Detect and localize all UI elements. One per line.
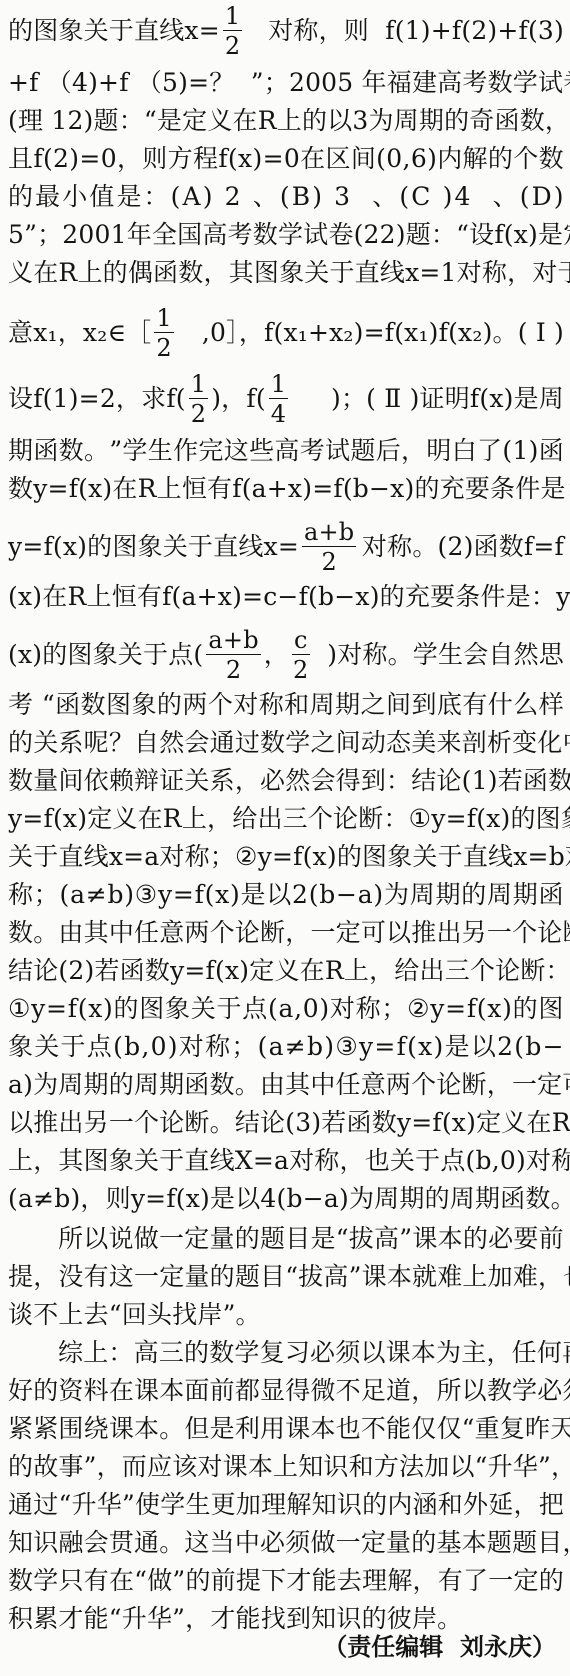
text-line: 关于直线x=a对称；②y=f(x)的图象关于直线x=b对 xyxy=(8,840,564,874)
glyph: ) xyxy=(103,992,113,1026)
glyph: 关 xyxy=(390,1144,415,1178)
glyph: 能 xyxy=(312,1564,337,1598)
glyph: a xyxy=(70,878,85,912)
glyph: 象 xyxy=(165,992,190,1026)
glyph: 必 xyxy=(310,1336,335,1370)
glyph: 目 xyxy=(260,1260,285,1294)
glyph: 5 xyxy=(8,218,24,252)
glyph: 值 xyxy=(89,180,114,214)
glyph: 说 xyxy=(109,1222,134,1256)
glyph: ≠ xyxy=(33,1182,54,1216)
glyph: 数 xyxy=(539,142,564,176)
glyph: f xyxy=(68,992,77,1026)
glyph: 考 xyxy=(462,66,487,100)
glyph: 通 xyxy=(134,1526,159,1560)
glyph: f xyxy=(218,142,227,176)
glyph: 试 xyxy=(325,434,350,468)
glyph: 于 xyxy=(415,1144,440,1178)
text-segment: 对称。(2)函数f=f xyxy=(362,530,564,564)
glyph: 图 xyxy=(536,802,561,836)
glyph: 的 xyxy=(425,1182,450,1216)
glyph: 且 xyxy=(8,142,33,176)
glyph: ) xyxy=(84,954,94,988)
glyph: 辩 xyxy=(134,764,159,798)
glyph: 题 xyxy=(512,1526,537,1560)
glyph: 函 xyxy=(539,434,564,468)
glyph: ③ xyxy=(335,1030,358,1064)
glyph: “ xyxy=(336,1222,349,1256)
glyph: 应 xyxy=(147,1450,172,1484)
glyph: 以 xyxy=(462,1374,487,1408)
glyph: ( xyxy=(8,1182,18,1216)
glyph: 象 xyxy=(131,688,156,722)
text-line: 谈不上去“回头找岸”。 xyxy=(8,1298,564,1332)
glyph: ) xyxy=(23,1068,33,1102)
glyph: 外 xyxy=(463,1488,488,1522)
glyph: 有 xyxy=(84,1260,109,1294)
glyph: 于 xyxy=(33,840,58,874)
glyph: a xyxy=(18,1182,33,1216)
glyph: 上 xyxy=(86,580,111,614)
glyph: 上 xyxy=(77,256,102,290)
glyph: 义 xyxy=(274,954,299,988)
glyph: 周 xyxy=(487,878,512,912)
glyph: 期 xyxy=(419,104,444,138)
glyph: 。 xyxy=(84,434,109,468)
glyph: 年 xyxy=(127,218,152,252)
glyph: 称 xyxy=(482,256,507,290)
glyph: 5 xyxy=(162,66,178,100)
glyph: 上 xyxy=(344,954,369,988)
glyph: ( xyxy=(442,1106,452,1140)
glyph: 之 xyxy=(361,688,386,722)
glyph: 足 xyxy=(361,1374,386,1408)
glyph: 的 xyxy=(109,1068,134,1102)
glyph: 图 xyxy=(362,840,387,874)
glyph: 个 xyxy=(512,916,537,950)
glyph: x xyxy=(487,992,501,1026)
glyph: 过 xyxy=(33,1488,58,1522)
glyph: x xyxy=(215,878,229,912)
glyph: 学 xyxy=(512,1374,537,1408)
glyph: 更 xyxy=(211,1488,236,1522)
glyph: 再 xyxy=(562,1336,570,1370)
glyph xyxy=(352,180,360,214)
glyph: 定 xyxy=(249,954,274,988)
glyph: 论 xyxy=(537,916,562,950)
glyph: 前 xyxy=(539,1222,564,1256)
glyph: 图 xyxy=(139,992,164,1026)
text-line: 综上：高三的数学复习必须以课本为主，任何再 xyxy=(8,1336,564,1370)
fraction: c2 xyxy=(292,628,310,682)
glyph: 习 xyxy=(285,1336,310,1370)
glyph: ( xyxy=(8,104,18,138)
glyph: 考 xyxy=(300,434,325,468)
glyph: b xyxy=(353,472,369,506)
glyph: 一 xyxy=(134,1260,159,1294)
glyph: 点 xyxy=(440,1144,465,1178)
glyph: 线 xyxy=(84,840,109,874)
glyph xyxy=(33,688,41,722)
glyph: ， xyxy=(413,1564,438,1598)
glyph: 周 xyxy=(134,1068,159,1102)
glyph: 则 xyxy=(106,1182,131,1216)
glyph: 紧 xyxy=(8,1412,33,1446)
glyph: f xyxy=(299,580,308,614)
glyph: 在 xyxy=(109,1564,134,1598)
glyph: x xyxy=(63,802,77,836)
glyph: ： xyxy=(546,954,570,988)
glyph: 论 xyxy=(159,1106,184,1140)
text-line: 的最小值是：(A) 2 、(B) 3 、(C )4 、(D) xyxy=(8,180,564,214)
glyph: b xyxy=(287,1182,303,1216)
glyph: 论 xyxy=(333,802,358,836)
glyph: 两 xyxy=(184,916,209,950)
glyph: ( xyxy=(228,142,238,176)
glyph: 数 xyxy=(488,66,513,100)
glyph: 不 xyxy=(336,1374,361,1408)
glyph: 两 xyxy=(182,688,207,722)
glyph: 关 xyxy=(8,840,33,874)
glyph: 任 xyxy=(134,916,159,950)
glyph: ( xyxy=(285,1106,295,1140)
glyph: 就 xyxy=(412,1260,437,1294)
glyph: f xyxy=(119,66,128,100)
glyph: 2 xyxy=(225,180,241,214)
glyph: 也 xyxy=(563,1260,570,1294)
glyph: ( xyxy=(171,180,181,214)
glyph: ： xyxy=(108,1336,133,1370)
glyph: ： xyxy=(383,802,408,836)
glyph: 紧 xyxy=(33,1412,58,1446)
glyph: 函 xyxy=(500,1182,525,1216)
glyph: 目 xyxy=(537,1526,562,1560)
glyph xyxy=(353,66,361,100)
glyph: 复 xyxy=(260,1336,285,1370)
glyph: 完 xyxy=(198,434,223,468)
glyph: ( xyxy=(504,218,514,252)
glyph: , xyxy=(294,992,302,1026)
glyph: 课 xyxy=(223,1450,248,1484)
glyph: 本 xyxy=(438,1222,463,1256)
glyph: 论 xyxy=(235,916,260,950)
glyph: ) xyxy=(70,1182,80,1216)
glyph: 1 xyxy=(512,434,528,468)
glyph: ( xyxy=(466,1144,476,1178)
glyph: ， xyxy=(33,1144,58,1178)
fraction-denominator: 2 xyxy=(156,333,171,360)
glyph: 件 xyxy=(480,580,505,614)
glyph: 件 xyxy=(515,472,540,506)
glyph: = xyxy=(411,1106,432,1140)
glyph: ) xyxy=(32,580,42,614)
glyph: “ xyxy=(134,1564,147,1598)
glyph: 给 xyxy=(394,954,419,988)
text-line: 通过“升华”使学生更加理解知识的内涵和外延，把 xyxy=(8,1488,564,1522)
glyph: f xyxy=(494,218,503,252)
fraction: 12 xyxy=(154,306,173,360)
glyph: 内 xyxy=(387,1488,412,1522)
glyph: 要 xyxy=(513,1222,538,1256)
glyph: 题 xyxy=(487,1526,512,1560)
glyph: = xyxy=(374,1030,395,1064)
glyph: 全 xyxy=(152,218,177,252)
glyph: 所 xyxy=(58,1222,83,1256)
glyph: 数 xyxy=(260,726,285,760)
glyph: 2 xyxy=(53,142,69,176)
glyph: 使 xyxy=(135,1488,160,1522)
glyph xyxy=(234,66,242,100)
glyph: ： xyxy=(431,218,456,252)
glyph: 知 xyxy=(8,1526,33,1560)
glyph: 0 xyxy=(386,142,402,176)
glyph: y xyxy=(397,1106,411,1140)
glyph: x xyxy=(225,954,239,988)
glyph: 明 xyxy=(426,434,451,468)
glyph: ( xyxy=(502,434,512,468)
glyph: 定 xyxy=(537,1068,562,1102)
glyph: ” xyxy=(399,1222,412,1256)
glyph: ， xyxy=(117,142,142,176)
glyph: 是 xyxy=(311,1222,336,1256)
glyph: 美 xyxy=(411,726,436,760)
text-segment: 对称，则 f(1)+f(2)+f(3) xyxy=(268,14,564,48)
fraction-denominator: 2 xyxy=(225,31,240,58)
text-line: 以推出另一个论断。结论(3)若函数y=f(x)定义在R xyxy=(8,1106,564,1140)
glyph: 以 xyxy=(8,1106,33,1140)
glyph: 围 xyxy=(58,1412,83,1446)
glyph: 到 xyxy=(411,688,436,722)
glyph: 对 xyxy=(289,1144,314,1178)
glyph xyxy=(243,66,251,100)
glyph: 点 xyxy=(242,992,267,1026)
text-line: 好的资料在课本面前都显得微不足道，所以教学必须 xyxy=(8,1374,564,1408)
glyph: ， xyxy=(235,764,260,798)
glyph: ( xyxy=(58,954,68,988)
text-line: a)为周期的周期函数。由其中任意两个论断，一定可 xyxy=(8,1068,564,1102)
text-line: 5”；2001年全国高考数学试卷(22)题：“设f(x)是定 xyxy=(8,218,564,252)
text-line: y=f(x)定义在R上，给出三个论断：①y=f(x)的图象 xyxy=(8,802,564,836)
fraction-numerator: 1 xyxy=(154,306,173,333)
glyph: − xyxy=(336,878,357,912)
glyph: ) xyxy=(443,180,453,214)
glyph: ) xyxy=(529,434,539,468)
glyph: 可 xyxy=(562,1068,570,1102)
glyph: 课 xyxy=(134,1374,159,1408)
glyph: 这 xyxy=(224,434,249,468)
glyph xyxy=(324,180,332,214)
glyph: x xyxy=(355,580,369,614)
glyph: 在 xyxy=(138,802,163,836)
glyph: 于 xyxy=(159,1144,184,1178)
glyph: ” xyxy=(24,218,37,252)
editor-credit: （责任编辑 刘永庆） xyxy=(323,1630,556,1664)
glyph: ) xyxy=(324,1030,334,1064)
glyph: 另 xyxy=(462,916,487,950)
glyph: 自 xyxy=(134,726,159,760)
glyph: 若 xyxy=(498,764,523,798)
text-segment: ， xyxy=(264,638,289,672)
glyph: 复 xyxy=(500,1412,525,1446)
glyph: A xyxy=(183,180,201,214)
glyph: 0 xyxy=(78,218,94,252)
glyph: R xyxy=(138,472,157,506)
glyph: 4 xyxy=(72,66,88,100)
glyph: 于 xyxy=(329,256,354,290)
glyph: 、 xyxy=(372,180,397,214)
glyph: 2 xyxy=(62,218,78,252)
glyph: 题 xyxy=(235,1260,260,1294)
glyph: 题 xyxy=(94,104,119,138)
glyph: 函 xyxy=(346,1106,371,1140)
glyph: 个 xyxy=(210,916,235,950)
glyph: ， xyxy=(33,1260,58,1294)
glyph: − xyxy=(369,472,390,506)
fraction-denominator: 2 xyxy=(226,655,241,682)
glyph: 论 xyxy=(495,954,520,988)
glyph: 在 xyxy=(112,472,137,506)
glyph: 有 xyxy=(84,1564,109,1598)
glyph: ( xyxy=(407,1030,417,1064)
glyph: 一 xyxy=(109,1106,134,1140)
glyph: 然 xyxy=(159,726,184,760)
glyph: 课 xyxy=(362,1260,387,1294)
glyph: 定 xyxy=(476,1106,501,1140)
glyph: ( xyxy=(399,180,409,214)
glyph: y xyxy=(258,840,272,874)
glyph: a xyxy=(269,1030,284,1064)
glyph: 是 xyxy=(538,218,563,252)
glyph: 周 xyxy=(450,1182,475,1216)
glyph: + xyxy=(267,472,288,506)
glyph: 函 xyxy=(55,688,80,722)
glyph: ” xyxy=(538,1450,551,1484)
fraction-denominator: 2 xyxy=(321,547,336,574)
glyph: 能 xyxy=(386,1412,411,1446)
fraction: 12 xyxy=(189,372,208,426)
glyph: 一 xyxy=(512,1068,537,1102)
glyph: − xyxy=(543,1030,564,1064)
glyph: ： xyxy=(566,472,570,506)
glyph: 本 xyxy=(310,1412,335,1446)
glyph: 须 xyxy=(335,1336,360,1370)
glyph: 依 xyxy=(84,764,109,798)
glyph xyxy=(215,180,223,214)
glyph: ② xyxy=(235,840,258,874)
glyph: y xyxy=(170,954,184,988)
text-line: 设f(1)=2，求f(12)，f(14)；( Ⅱ )证明f(x)是周 xyxy=(8,372,564,426)
glyph: ， xyxy=(486,1336,511,1370)
glyph: ( xyxy=(476,802,486,836)
glyph: R xyxy=(67,580,86,614)
glyph: 学 xyxy=(33,1564,58,1598)
glyph: 和 xyxy=(349,1450,374,1484)
glyph: ) xyxy=(230,878,240,912)
glyph xyxy=(472,180,480,214)
glyph: 做 xyxy=(147,1564,172,1598)
glyph: D xyxy=(532,180,552,214)
glyph: 数 xyxy=(8,472,33,506)
glyph: 难 xyxy=(437,1260,462,1294)
glyph: ) xyxy=(312,180,322,214)
text-line: 数y=f(x)在R上恒有f(a+x)=f(b−x)的充要条件是： xyxy=(8,472,564,506)
glyph: 期 xyxy=(399,1182,424,1216)
glyph: 。 xyxy=(33,916,58,950)
glyph: 态 xyxy=(386,726,411,760)
glyph: 道 xyxy=(386,1374,411,1408)
fraction: a+b2 xyxy=(206,628,260,682)
glyph: 什 xyxy=(488,688,513,722)
glyph: 线 xyxy=(488,840,513,874)
glyph: ， xyxy=(487,1068,512,1102)
glyph: ( xyxy=(60,878,70,912)
glyph: 线 xyxy=(380,256,405,290)
glyph: ) xyxy=(339,1182,349,1216)
glyph: 1 xyxy=(111,218,127,252)
glyph: 断 xyxy=(562,916,570,950)
glyph: ) xyxy=(434,1030,444,1064)
glyph: 会 xyxy=(184,726,209,760)
glyph: 称 xyxy=(259,688,284,722)
text-line: 象关于点(b,0)对称；(a≠b)③y=f(x)是以2(b− xyxy=(8,1030,564,1064)
glyph: = xyxy=(446,802,467,836)
text-line: y=f(x)的图象关于直线x=a+b2对称。(2)函数f=f xyxy=(8,520,564,574)
glyph: ” xyxy=(349,1260,362,1294)
glyph: 其 xyxy=(84,916,109,950)
glyph: 个 xyxy=(308,802,333,836)
glyph: 6 xyxy=(411,142,427,176)
glyph: ； xyxy=(381,992,406,1026)
glyph: 本 xyxy=(411,1336,436,1370)
glyph: ； xyxy=(210,840,235,874)
glyph: x xyxy=(405,256,419,290)
glyph: 的 xyxy=(461,878,486,912)
glyph xyxy=(483,180,491,214)
glyph: 上 xyxy=(277,104,302,138)
glyph: 断 xyxy=(260,916,285,950)
glyph: c xyxy=(263,580,277,614)
glyph: 解 xyxy=(463,142,488,176)
glyph: 下 xyxy=(261,1564,286,1598)
glyph: 当 xyxy=(210,1526,235,1560)
glyph: y xyxy=(158,878,172,912)
glyph: 教 xyxy=(487,1374,512,1408)
glyph: 关 xyxy=(191,992,216,1026)
glyph: 个 xyxy=(208,688,233,722)
glyph: 有 xyxy=(207,472,232,506)
glyph: ) xyxy=(232,580,242,614)
glyph: 的 xyxy=(302,104,327,138)
glyph: y xyxy=(8,802,22,836)
glyph: 于 xyxy=(216,992,241,1026)
glyph: 数 xyxy=(145,954,170,988)
glyph: 延 xyxy=(488,1488,513,1522)
glyph: 数 xyxy=(253,218,278,252)
glyph: = xyxy=(123,840,144,874)
glyph: 本 xyxy=(248,1450,273,1484)
glyph: “ xyxy=(58,1488,71,1522)
glyph: “ xyxy=(144,104,157,138)
glyph: 出 xyxy=(58,1106,83,1140)
text-segment: )对称。学生会自然思 xyxy=(327,638,564,672)
glyph: 上 xyxy=(182,802,207,836)
glyph: f xyxy=(206,954,215,988)
glyph: 是 xyxy=(241,878,266,912)
text-line: 数量间依赖辩证关系，必然会得到：结论(1)若函数 xyxy=(8,764,564,798)
glyph: b xyxy=(525,1030,541,1064)
glyph: 的 xyxy=(488,142,513,176)
glyph: f xyxy=(467,992,476,1026)
